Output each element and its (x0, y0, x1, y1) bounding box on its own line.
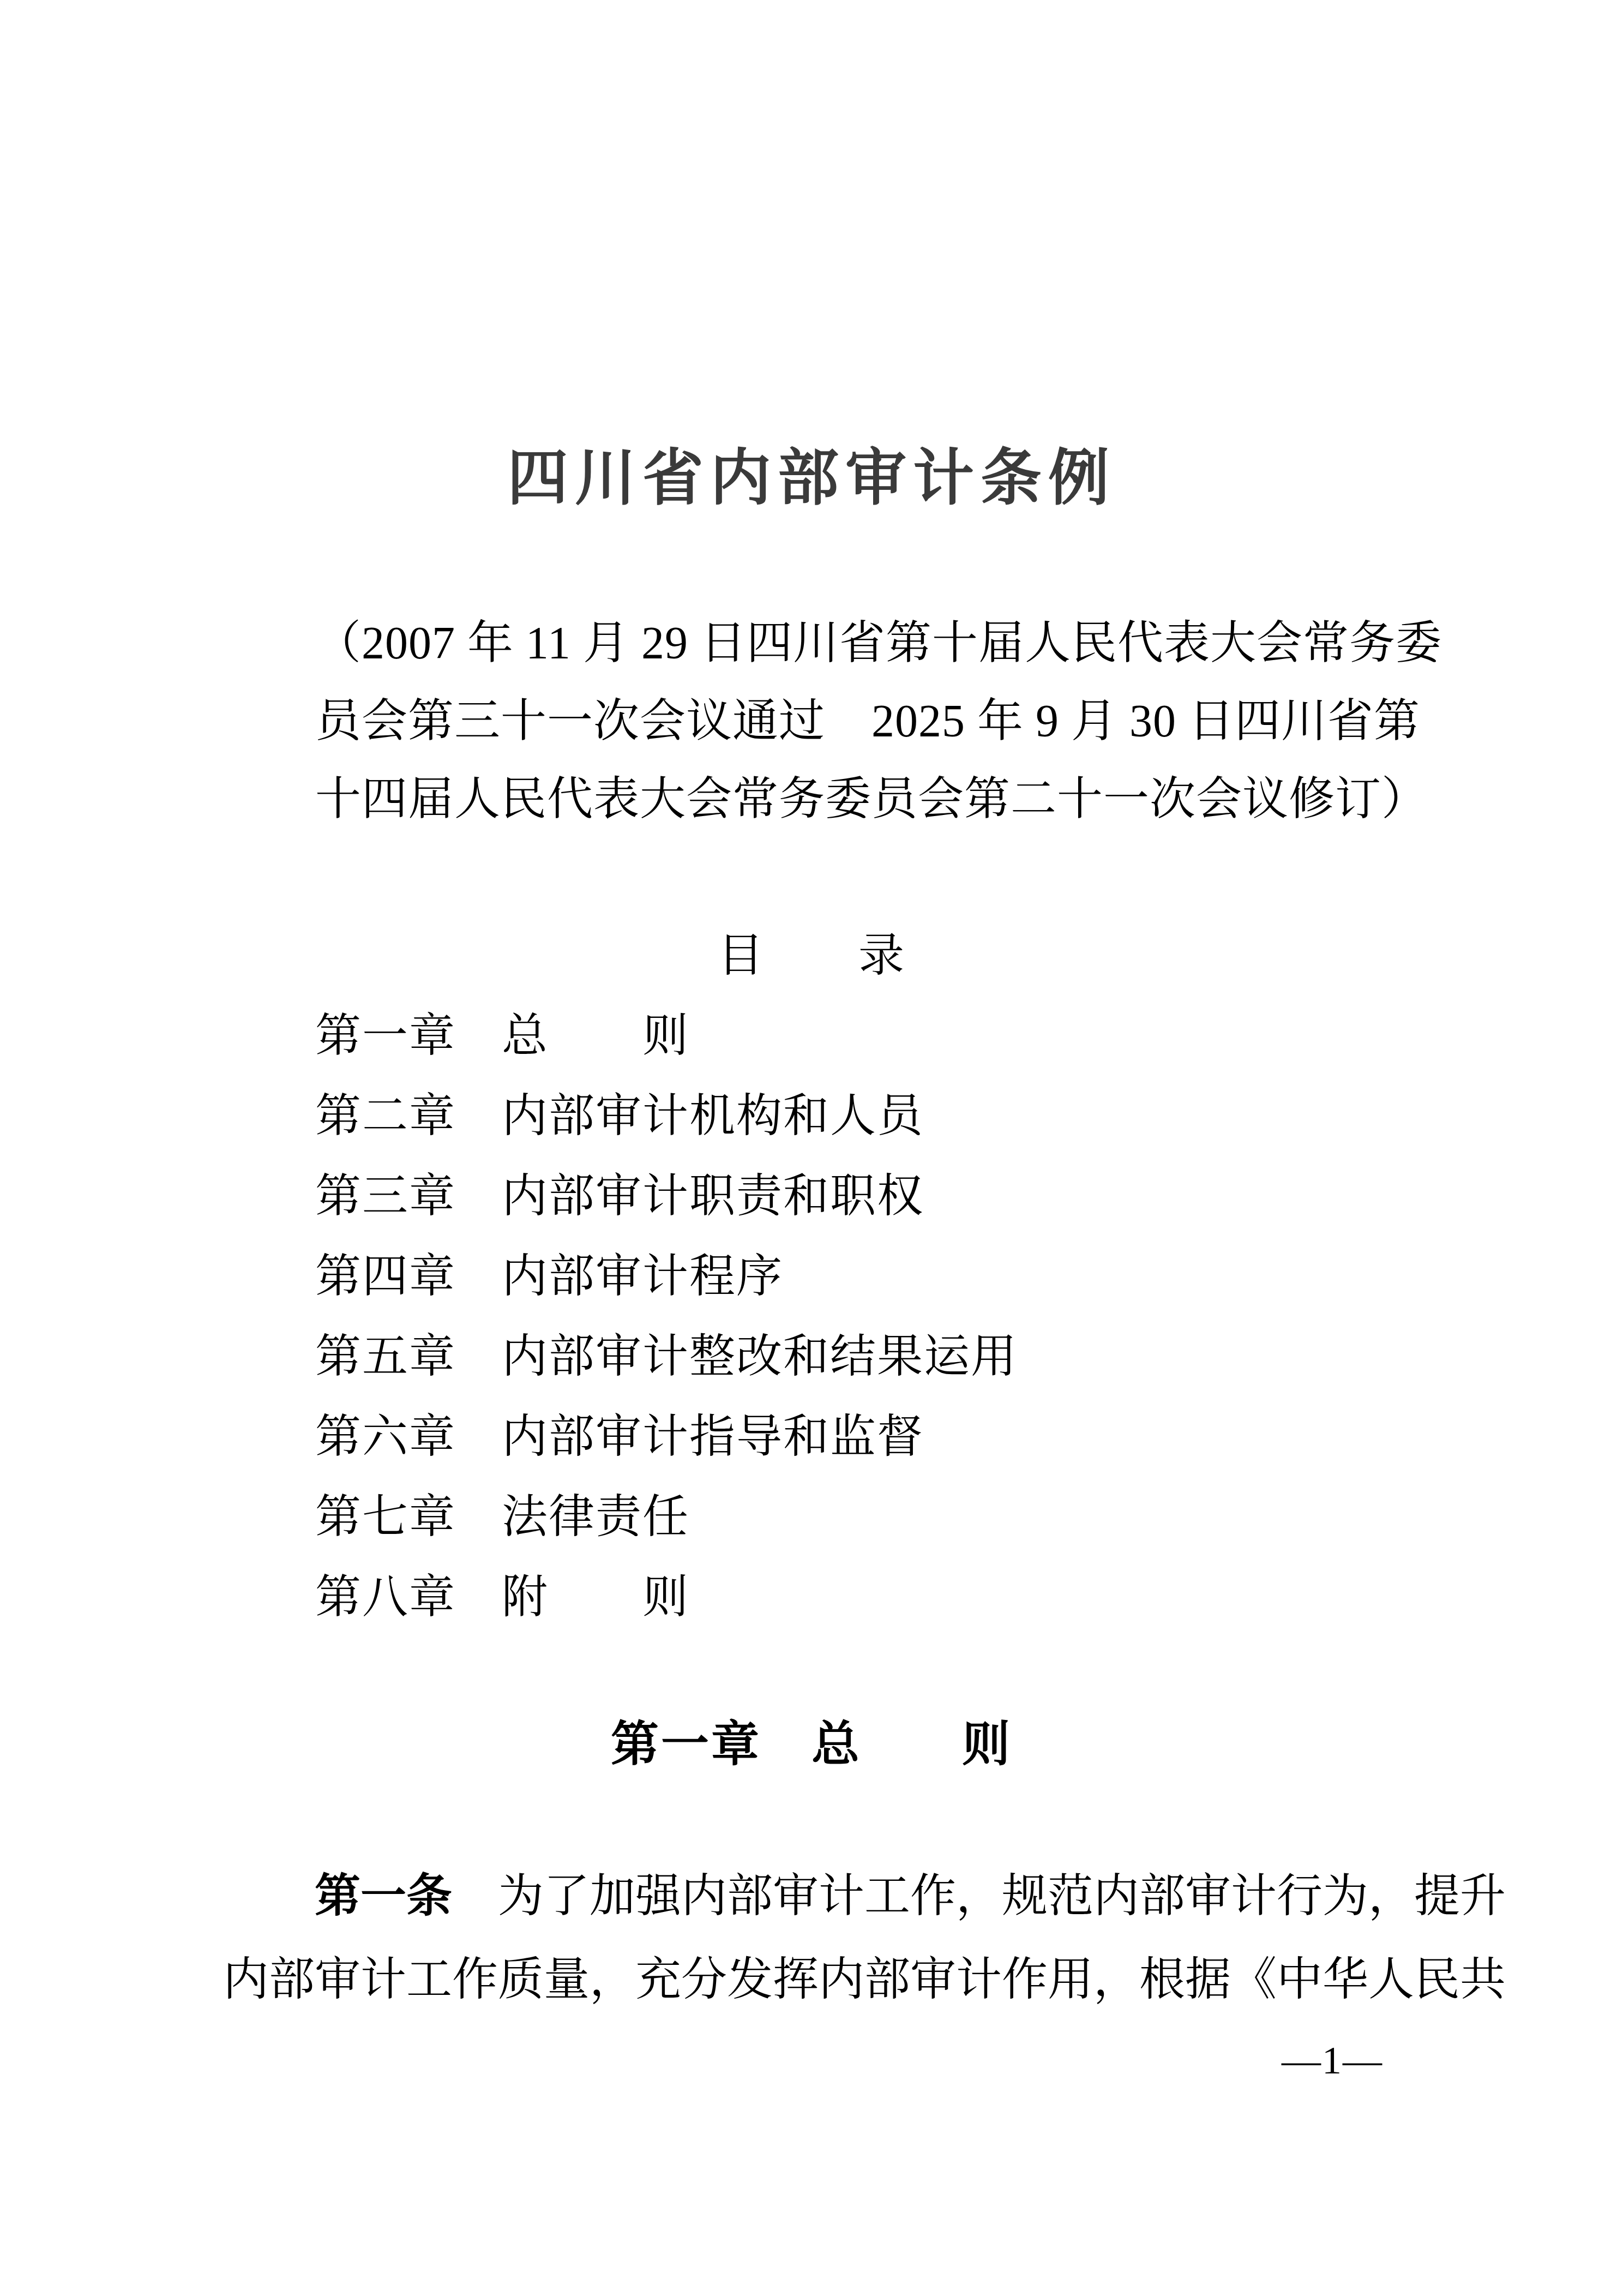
article-1-number-label: 第一条 (315, 1871, 452, 1922)
toc-item-chapter-5: 第五章内部审计整改和结果运用 (315, 1317, 1018, 1397)
preamble-line-2: 员会第三十一次会议通过 2025 年 9 月 30 日四川省第 (315, 682, 1368, 760)
toc-chapter-title: 内部审计程序 (502, 1251, 783, 1302)
toc-chapter-title: 内部审计指导和监督 (502, 1412, 924, 1462)
toc-item-chapter-1: 第一章总 则 (315, 996, 1018, 1076)
toc-item-chapter-8: 第八章附 则 (315, 1557, 1018, 1638)
article-1-line-2: 内部审计工作质量，充分发挥内部审计作用，根据《中华人民共 (223, 1938, 1400, 2022)
toc-item-chapter-3: 第三章内部审计职责和职权 (315, 1156, 1018, 1237)
toc-chapter-label: 第七章 (315, 1492, 456, 1543)
preamble-note: （2007 年 11 月 29 日四川省第十届人民代表大会常务委 员会第三十一次… (315, 604, 1368, 838)
toc-chapter-label: 第一章 (315, 1011, 456, 1062)
toc-item-chapter-7: 第七章法律责任 (315, 1477, 1018, 1557)
toc-chapter-label: 第五章 (315, 1332, 456, 1382)
toc-chapter-title: 内部审计整改和结果运用 (502, 1332, 1018, 1382)
toc-chapter-title: 内部审计机构和人员 (502, 1091, 924, 1142)
toc-list: 第一章总 则 第二章内部审计机构和人员 第三章内部审计职责和职权 第四章内部审计… (315, 996, 1018, 1638)
toc-item-chapter-4: 第四章内部审计程序 (315, 1237, 1018, 1317)
preamble-line-3: 十四届人民代表大会常务委员会第二十一次会议修订） (315, 760, 1368, 838)
toc-chapter-label: 第二章 (315, 1091, 456, 1142)
toc-heading: 目 录 (0, 915, 1623, 997)
toc-chapter-label: 第三章 (315, 1171, 456, 1222)
toc-chapter-title: 总 则 (502, 1011, 689, 1062)
article-1-line-1: 第一条 为了加强内部审计工作，规范内部审计行为，提升 (223, 1855, 1400, 1938)
article-1-line-1-text: 为了加强内部审计工作，规范内部审计行为，提升 (452, 1871, 1506, 1922)
toc-item-chapter-2: 第二章内部审计机构和人员 (315, 1076, 1018, 1156)
toc-chapter-label: 第四章 (315, 1251, 456, 1302)
toc-chapter-title: 附 则 (502, 1572, 689, 1623)
toc-chapter-label: 第六章 (315, 1412, 456, 1462)
toc-item-chapter-6: 第六章内部审计指导和监督 (315, 1397, 1018, 1477)
toc-chapter-title: 法律责任 (502, 1492, 689, 1543)
toc-chapter-title: 内部审计职责和职权 (502, 1171, 924, 1222)
chapter-1-heading: 第一章 总 则 (0, 1703, 1623, 1785)
preamble-line-1: （2007 年 11 月 29 日四川省第十届人民代表大会常务委 (315, 604, 1368, 682)
page-number: —1— (1282, 2036, 1383, 2085)
article-1-paragraph: 第一条 为了加强内部审计工作，规范内部审计行为，提升 内部审计工作质量，充分发挥… (223, 1855, 1400, 2022)
toc-chapter-label: 第八章 (315, 1572, 456, 1623)
document-page: 四川省内部审计条例 （2007 年 11 月 29 日四川省第十届人民代表大会常… (0, 0, 1623, 2296)
document-title: 四川省内部审计条例 (0, 443, 1623, 514)
